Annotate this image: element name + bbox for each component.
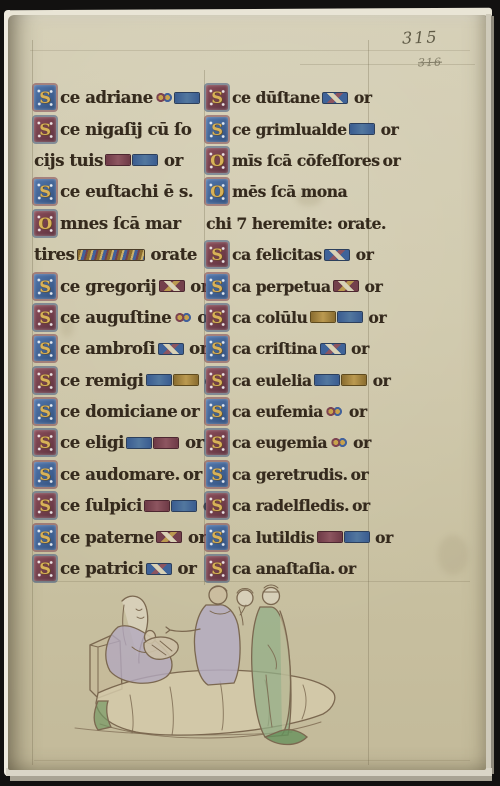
line-filler-ornament <box>311 312 335 322</box>
litany-text: mnes ſcā mar <box>60 214 181 233</box>
litany-line: S ce nigaſij cū ſo <box>34 113 210 144</box>
ruling-line-horizontal <box>30 50 470 51</box>
line-filler-ornament <box>345 532 369 542</box>
line-filler-group <box>105 155 159 165</box>
line-filler-ornament <box>326 406 342 417</box>
line-filler-ornament <box>325 250 349 260</box>
line-filler-group <box>333 281 360 291</box>
illuminated-initial: S <box>206 368 228 393</box>
illuminated-initial: S <box>34 399 56 424</box>
litany-line: S ce eligi or <box>34 427 210 458</box>
litany-text: ca geretrudis. <box>232 465 347 484</box>
litany-text: mēs ſcā mona <box>232 182 347 201</box>
line-filler-ornament <box>106 155 130 165</box>
litany-line: S ce euſtachi ē s. <box>34 176 210 207</box>
illuminated-initial: O <box>34 211 56 236</box>
litany-line: S ca felicitas or <box>206 239 410 270</box>
line-filler-ornament <box>159 344 183 354</box>
litany-text: ca perpetua <box>232 277 331 296</box>
line-filler-ornament <box>172 501 196 511</box>
litany-line: S ca eufemia or <box>206 396 410 427</box>
line-filler-group <box>76 250 145 260</box>
litany-line: chi 7 heremite: orate. <box>206 208 410 239</box>
line-filler-ornament <box>147 375 171 385</box>
litany-line: O mnes ſcā mar <box>34 208 210 239</box>
litany-text: cijs tuis <box>34 151 103 170</box>
litany-text: ce eligi <box>60 433 124 452</box>
litany-line: S ce paterne or <box>34 521 210 552</box>
litany-line: S ca eugemia or <box>206 427 410 458</box>
bas-de-page-illustration <box>40 575 370 770</box>
ruling-line-vertical <box>32 40 33 765</box>
line-filler-group <box>173 312 192 323</box>
page-edge-right-shadow <box>491 16 494 774</box>
line-filler-group <box>316 532 370 542</box>
litany-text: ce grimlualde <box>232 120 347 139</box>
litany-response: or <box>381 120 399 139</box>
litany-line: S ce remigi or <box>34 365 210 396</box>
line-filler-group <box>349 124 376 134</box>
line-filler-ornament <box>174 375 198 385</box>
litany-response: or <box>164 151 183 170</box>
litany-response: or <box>354 88 372 107</box>
illuminated-initial: S <box>206 242 228 267</box>
litany-text: ce euſtachi ē s. <box>60 182 193 201</box>
litany-text: ce paterne <box>60 528 154 547</box>
illuminated-initial: S <box>34 305 56 330</box>
litany-response: or <box>180 402 199 421</box>
litany-line: cijs tuis or <box>34 145 210 176</box>
line-filler-group <box>145 375 199 385</box>
litany-text: ca felicitas <box>232 245 322 264</box>
litany-line: S ca radelfledis. or <box>206 490 410 521</box>
litany-line: S ce dūſtane or <box>206 82 410 113</box>
litany-text: ca eulelia <box>232 371 312 390</box>
line-filler-group <box>126 438 180 448</box>
illuminated-initial: S <box>34 117 56 142</box>
line-filler-group <box>324 250 351 260</box>
litany-line: S ce auguſtine or <box>34 302 210 333</box>
parchment-stain <box>438 535 468 575</box>
litany-line: S ce gregorij or <box>34 270 210 301</box>
litany-line: S ce grimlualde or <box>206 113 410 144</box>
illuminated-initial: S <box>206 493 228 518</box>
litany-response: or <box>188 528 207 547</box>
line-filler-ornament <box>331 437 347 448</box>
line-filler-ornament <box>156 92 172 103</box>
illuminated-initial: S <box>206 117 228 142</box>
litany-response: or <box>373 371 391 390</box>
litany-response: or <box>349 402 367 421</box>
line-filler-group <box>156 532 183 542</box>
litany-text: tires <box>34 245 74 264</box>
line-filler-group <box>329 437 348 448</box>
line-filler-group <box>157 344 184 354</box>
illuminated-initial: S <box>34 368 56 393</box>
line-filler-group <box>314 375 368 385</box>
litany-line: S ca criſtina or <box>206 333 410 364</box>
illuminated-initial: S <box>34 274 56 299</box>
line-filler-group <box>144 501 198 511</box>
litany-text: ca colūlu <box>232 308 307 327</box>
line-filler-ornament <box>154 438 178 448</box>
litany-response: or <box>352 496 370 515</box>
litany-line: S ca perpetua or <box>206 270 410 301</box>
litany-text: ca lutildis <box>232 528 314 547</box>
line-filler-ornament <box>127 438 151 448</box>
illuminated-initial: S <box>206 525 228 550</box>
illuminated-initial: S <box>34 525 56 550</box>
litany-text: ce audomare. <box>60 465 180 484</box>
line-filler-ornament <box>321 344 345 354</box>
litany-text: ce nigaſij cū ſo <box>60 120 191 139</box>
line-filler-ornament <box>338 312 362 322</box>
litany-line: S ca eulelia or <box>206 365 410 396</box>
line-filler-ornament <box>157 532 181 542</box>
line-filler-group <box>322 93 349 103</box>
litany-line: S ce domiciane or <box>34 396 210 427</box>
litany-text: ce auguſtine <box>60 308 171 327</box>
litany-column-left: S ce adriane or S ce nigaſij cū ſo cijs … <box>34 82 210 584</box>
illuminated-initial: S <box>206 399 228 424</box>
litany-text: ce dūſtane <box>232 88 320 107</box>
litany-response: or <box>185 433 204 452</box>
illuminated-initial: S <box>34 493 56 518</box>
folio-number-struck: 316 <box>418 56 442 70</box>
illuminated-initial: S <box>206 274 228 299</box>
litany-response: or <box>350 465 368 484</box>
litany-line: S ce ambroſi or <box>34 333 210 364</box>
litany-response: or <box>183 465 202 484</box>
litany-line: S ce adriane or <box>34 82 210 113</box>
litany-text: ce remigi <box>60 371 143 390</box>
illuminated-initial: S <box>34 430 56 455</box>
litany-text: chi 7 heremite: orate. <box>206 214 386 233</box>
litany-line: S ce ſulpici or <box>34 490 210 521</box>
illuminated-initial: S <box>206 85 228 110</box>
illuminated-initial: S <box>34 462 56 487</box>
page-edge-bottom-shadow <box>10 776 492 781</box>
illuminated-initial: S <box>206 462 228 487</box>
line-filler-group <box>309 312 363 322</box>
line-filler-group <box>158 281 185 291</box>
litany-text: mīs ſcā cōfeſſores <box>232 151 380 170</box>
litany-text: ce adriane <box>60 88 153 107</box>
line-filler-ornament <box>323 93 347 103</box>
line-filler-ornament <box>78 250 144 260</box>
illuminated-initial: O <box>206 148 228 173</box>
manuscript-photo: 315 316 S ce adriane or S ce nigaſij cū … <box>0 0 500 786</box>
litany-text: ce domiciane <box>60 402 177 421</box>
litany-response: or <box>356 245 374 264</box>
litany-text: ce ambroſi <box>60 339 155 358</box>
illuminated-initial: S <box>206 430 228 455</box>
illuminated-initial: S <box>34 336 56 361</box>
line-filler-ornament <box>350 124 374 134</box>
line-filler-ornament <box>145 501 169 511</box>
line-filler-group <box>145 564 172 574</box>
illuminated-initial: S <box>34 85 56 110</box>
litany-response: or <box>353 433 371 452</box>
litany-line: S ca colūlu or <box>206 302 410 333</box>
line-filler-ornament <box>318 532 342 542</box>
litany-response: orate <box>150 245 197 264</box>
line-filler-ornament <box>334 281 358 291</box>
line-filler-ornament <box>160 281 184 291</box>
litany-line: S ca geretrudis. or <box>206 459 410 490</box>
litany-text: ce gregorij <box>60 277 156 296</box>
folio-number: 315 <box>402 27 439 47</box>
litany-line: S ce audomare. or <box>34 459 210 490</box>
litany-text: ca criſtina <box>232 339 317 358</box>
litany-response: or <box>351 339 369 358</box>
illuminated-initial: S <box>206 305 228 330</box>
litany-column-right: S ce dūſtane or S ce grimlualde or O mīs… <box>206 82 410 584</box>
line-filler-ornament <box>315 375 339 385</box>
line-filler-ornament <box>147 564 171 574</box>
litany-line: O mīs ſcā cōfeſſores or <box>206 145 410 176</box>
litany-response: or <box>375 528 393 547</box>
ruling-line-horizontal <box>300 64 475 65</box>
line-filler-ornament <box>342 375 366 385</box>
illuminated-initial: O <box>206 179 228 204</box>
litany-text: ca eugemia <box>232 433 327 452</box>
line-filler-group <box>155 92 201 103</box>
litany-text: ca radelfledis. <box>232 496 349 515</box>
litany-text: ca eufemia <box>232 402 323 421</box>
illuminated-initial: S <box>34 179 56 204</box>
line-filler-group <box>319 344 346 354</box>
line-filler-ornament <box>133 155 157 165</box>
line-filler-group <box>325 406 344 417</box>
litany-response: or <box>383 151 401 170</box>
illuminated-initial: S <box>206 336 228 361</box>
litany-response: or <box>368 308 386 327</box>
line-filler-ornament <box>175 93 199 103</box>
litany-text: ce ſulpici <box>60 496 142 515</box>
litany-line: O mēs ſcā mona <box>206 176 410 207</box>
line-filler-ornament <box>175 312 191 323</box>
litany-line: S ca lutildis or <box>206 521 410 552</box>
litany-response: or <box>365 277 383 296</box>
litany-line: tires orate <box>34 239 210 270</box>
